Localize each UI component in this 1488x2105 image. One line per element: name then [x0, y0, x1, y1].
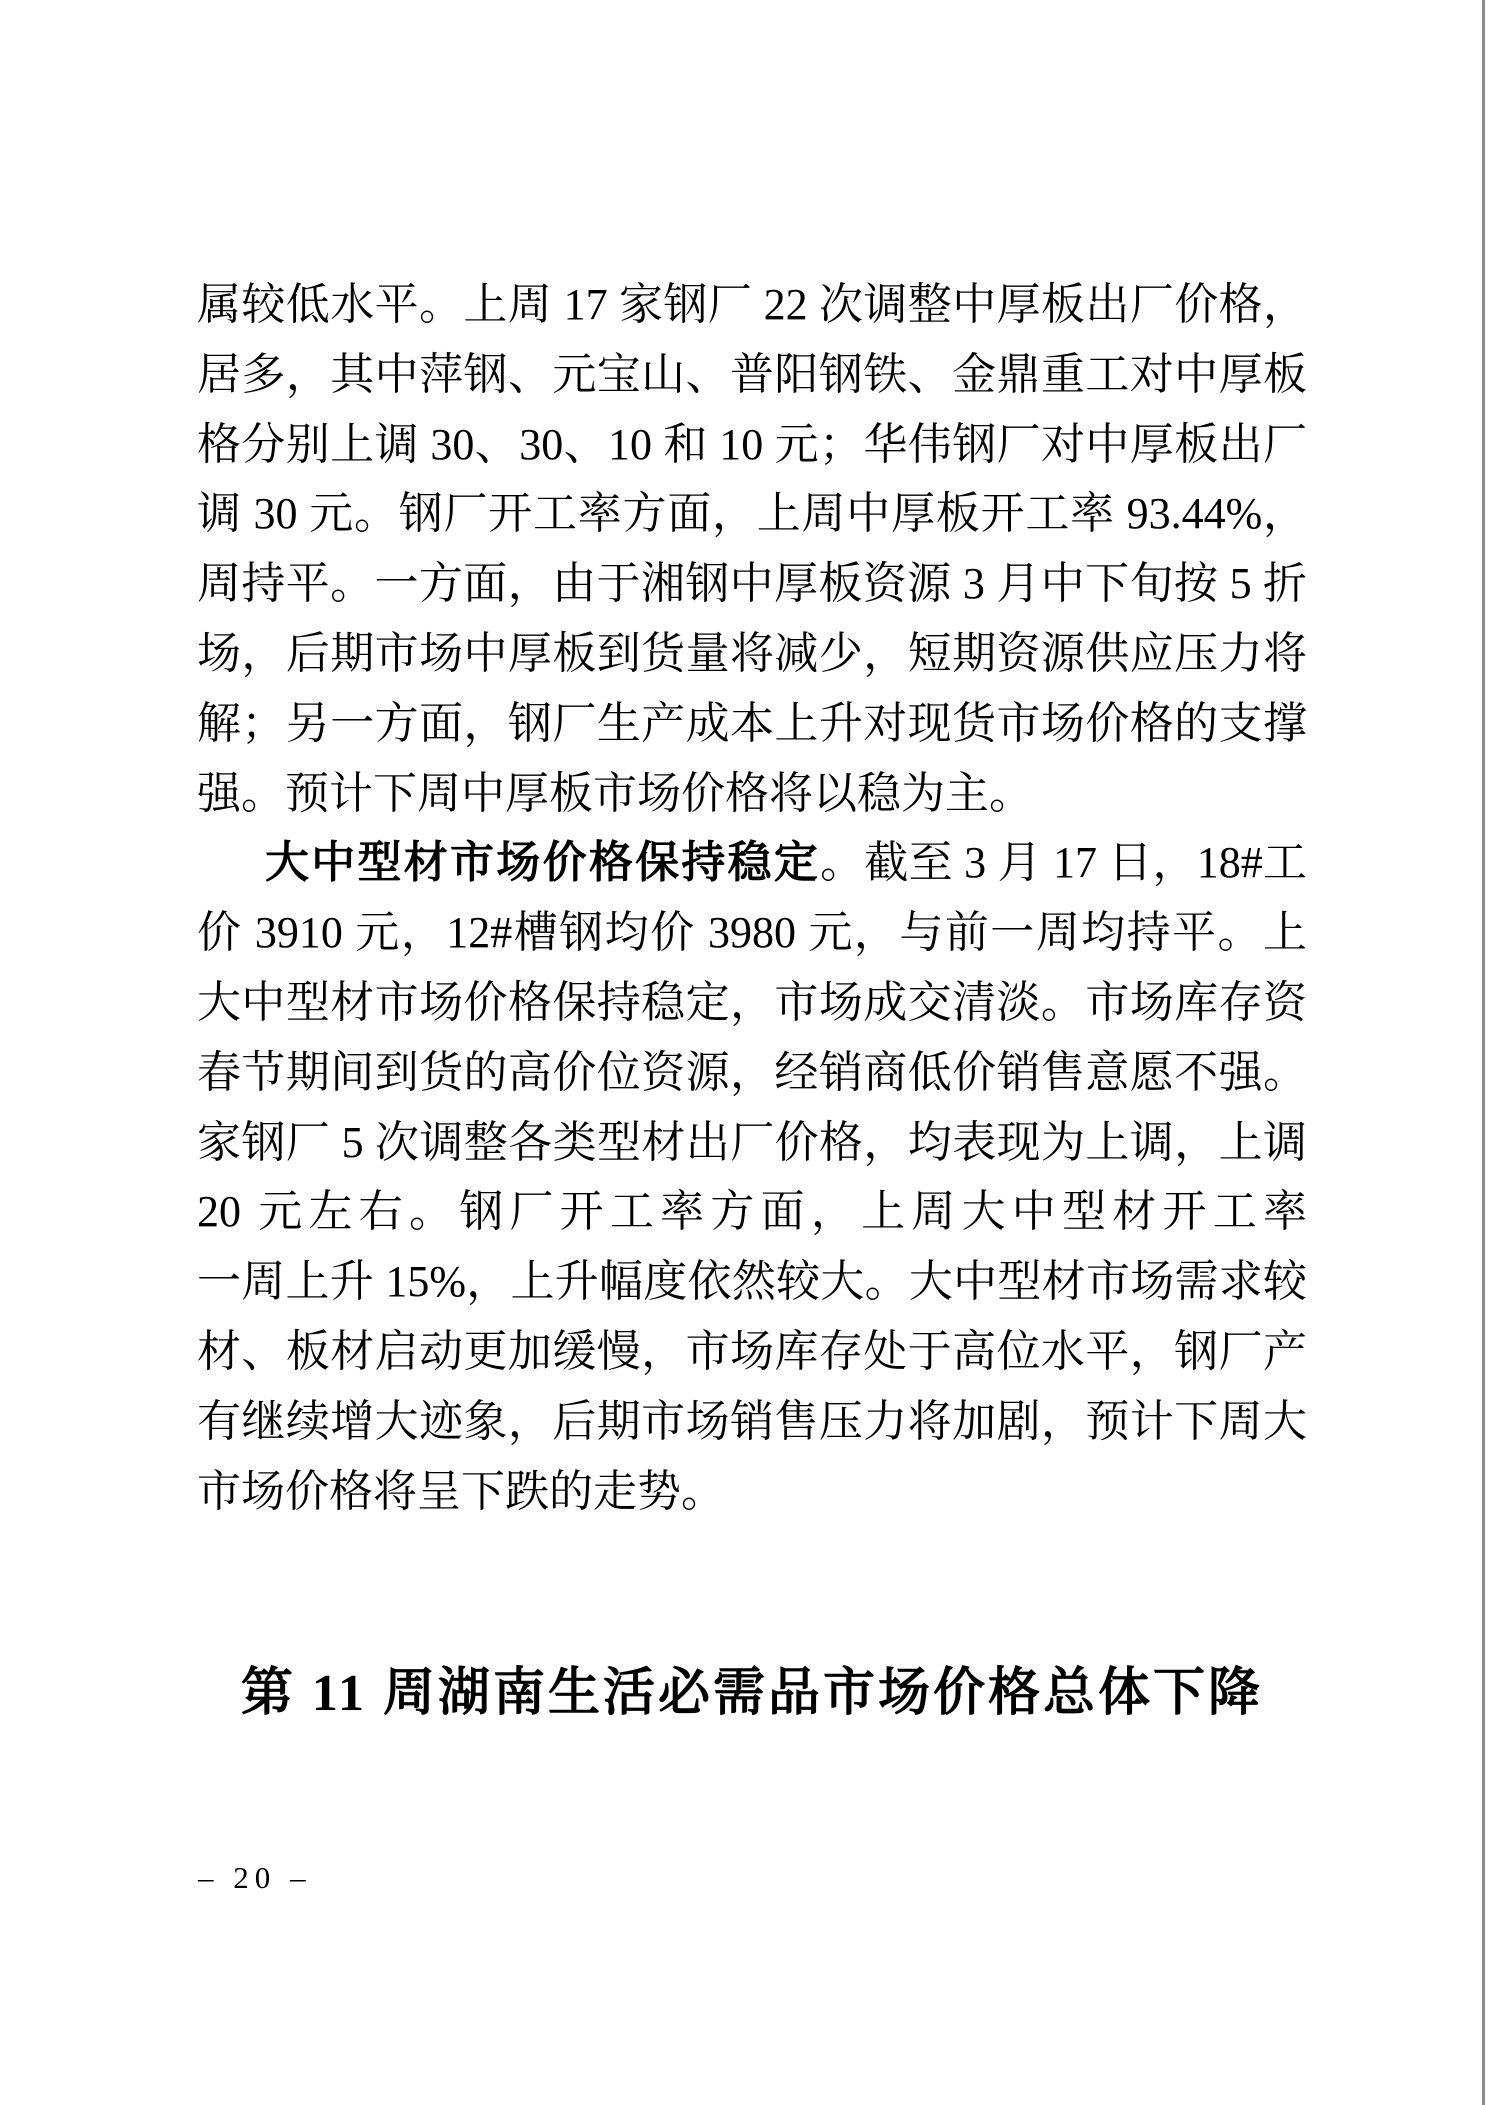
body-text-segment: 场，后期市场中厚板到货量将减少，短期资源供应压力将有所缓: [197, 629, 1307, 689]
body-text-segment: 强。预计下周中厚板市场价格将以稳为主。: [197, 769, 1033, 818]
text-line: 解；另一方面，钢厂生产成本上升对现货市场价格的支撑作用增: [197, 689, 1307, 759]
text-line: 一周上升 15%，上升幅度依然较大。大中型材市场需求较建筑钢: [197, 1247, 1307, 1317]
text-line: 市场价格将呈下跌的走势。: [197, 1457, 1307, 1527]
body-text-segment: 20 元左右。钢厂开工率方面，上周大中型材开工率 85%，较前: [197, 1187, 1307, 1247]
body-text-segment: 解；另一方面，钢厂生产成本上升对现货市场价格的支撑作用增: [197, 699, 1307, 759]
body-text-segment: 格分别上调 30、30、10 和 10 元；华伟钢厂对中厚板出厂价格下: [197, 420, 1307, 480]
text-line: 居多，其中萍钢、元宝山、普阳钢铁、金鼎重工对中厚板出厂价: [197, 340, 1307, 410]
body-text-segment: 大中型材市场价格保持稳定，市场成交清淡。市场库存资源多为: [197, 978, 1307, 1038]
text-line: 周持平。一方面，由于湘钢中厚板资源 3 月中下旬按 5 折供应市: [197, 549, 1307, 619]
text-line: 家钢厂 5 次调整各类型材出厂价格，均表现为上调，上调幅度在: [197, 1108, 1307, 1178]
bold-lead-text: 大中型材市场价格保持稳定: [265, 838, 820, 887]
body-text-segment: 春节期间到货的高价位资源，经销商低价销售意愿不强。上周 2: [197, 1048, 1307, 1108]
body-text-segment: 家钢厂 5 次调整各类型材出厂价格，均表现为上调，上调幅度在: [197, 1118, 1307, 1178]
text-line: 格分别上调 30、30、10 和 10 元；华伟钢厂对中厚板出厂价格下: [197, 410, 1307, 480]
body-text-segment: 一周上升 15%，上升幅度依然较大。大中型材市场需求较建筑钢: [197, 1257, 1307, 1317]
text-line: 属较低水平。上周 17 家钢厂 22 次调整中厚板出厂价格，以上调: [197, 270, 1307, 340]
paragraph: 属较低水平。上周 17 家钢厂 22 次调整中厚板出厂价格，以上调居多，其中萍钢…: [197, 270, 1307, 828]
text-line: 有继续增大迹象，后期市场销售压力将加剧，预计下周大中型材: [197, 1387, 1307, 1457]
body-text-segment: 居多，其中萍钢、元宝山、普阳钢铁、金鼎重工对中厚板出厂价: [197, 350, 1307, 410]
text-line: 调 30 元。钢厂开工率方面，上周中厚板开工率 93.44%，与前一: [197, 479, 1307, 549]
body-text-segment: 有继续增大迹象，后期市场销售压力将加剧，预计下周大中型材: [197, 1397, 1307, 1457]
body-text-segment: 属较低水平。上周 17 家钢厂 22 次调整中厚板出厂价格，以上调: [197, 280, 1307, 340]
paragraph: 大中型材市场价格保持稳定。截至 3 月 17 日，18#工字钢均价 3910 元…: [197, 828, 1307, 1526]
text-line: 价 3910 元，12#槽钢均价 3980 元，与前一周均持平。上周全省: [197, 898, 1307, 968]
text-line: 20 元左右。钢厂开工率方面，上周大中型材开工率 85%，较前: [197, 1177, 1307, 1247]
text-line: 大中型材市场价格保持稳定，市场成交清淡。市场库存资源多为: [197, 968, 1307, 1038]
body-text-segment: 材、板材启动更加缓慢，市场库存处于高位水平，钢厂产能释放: [197, 1327, 1307, 1387]
scan-edge-line: [1482, 0, 1485, 2105]
body-text-segment: 市场价格将呈下跌的走势。: [197, 1467, 725, 1516]
text-line: 材、板材启动更加缓慢，市场库存处于高位水平，钢厂产能释放: [197, 1317, 1307, 1387]
text-line: 春节期间到货的高价位资源，经销商低价销售意愿不强。上周 2: [197, 1038, 1307, 1108]
document-page: 属较低水平。上周 17 家钢厂 22 次调整中厚板出厂价格，以上调居多，其中萍钢…: [0, 0, 1488, 2105]
body-text: 属较低水平。上周 17 家钢厂 22 次调整中厚板出厂价格，以上调居多，其中萍钢…: [197, 270, 1307, 1526]
text-line: 大中型材市场价格保持稳定。截至 3 月 17 日，18#工字钢均: [197, 828, 1307, 898]
body-text-segment: 价 3910 元，12#槽钢均价 3980 元，与前一周均持平。上周全省: [197, 908, 1307, 968]
section-heading: 第 11 周湖南生活必需品市场价格总体下降: [197, 1662, 1307, 1726]
body-text-segment: 调 30 元。钢厂开工率方面，上周中厚板开工率 93.44%，与前一: [197, 489, 1307, 549]
body-text-segment: 周持平。一方面，由于湘钢中厚板资源 3 月中下旬按 5 折供应市: [197, 559, 1307, 619]
text-line: 强。预计下周中厚板市场价格将以稳为主。: [197, 759, 1307, 829]
text-line: 场，后期市场中厚板到货量将减少，短期资源供应压力将有所缓: [197, 619, 1307, 689]
page-number: – 20 –: [198, 1858, 312, 1898]
